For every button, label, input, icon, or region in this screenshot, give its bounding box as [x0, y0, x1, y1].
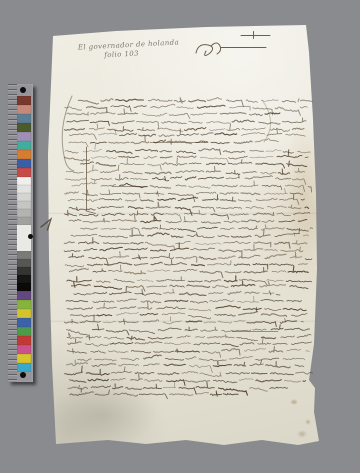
color-chip	[17, 150, 31, 159]
paper-stain	[286, 114, 322, 264]
grayscale-chip	[17, 193, 31, 201]
registration-dot	[20, 372, 26, 378]
color-chip	[17, 309, 31, 318]
grayscale-chip	[17, 267, 31, 275]
color-chip	[17, 327, 31, 336]
color-chip	[17, 114, 31, 123]
color-chip	[17, 141, 31, 150]
color-chip	[17, 291, 31, 300]
color-chip	[17, 96, 31, 105]
ruler-strip	[8, 84, 17, 382]
color-chip	[17, 105, 31, 114]
grayscale-chip	[17, 259, 31, 267]
fold-crease	[46, 320, 323, 323]
color-chip	[17, 336, 31, 345]
color-chip	[17, 363, 31, 372]
color-calibration-target	[8, 84, 33, 382]
manuscript-paper	[46, 24, 323, 449]
color-chip	[17, 168, 31, 177]
grayscale-chip	[17, 275, 31, 283]
registration-dot	[28, 234, 33, 239]
grayscale-chip	[17, 251, 31, 259]
grayscale-chip	[17, 201, 31, 209]
registration-dot	[20, 87, 26, 93]
photo-canvas: El governador de holanda folio 103	[0, 0, 360, 473]
grayscale-chip	[17, 185, 31, 193]
color-chip	[17, 132, 31, 141]
color-chip	[17, 354, 31, 363]
grayscale-chip	[17, 283, 31, 291]
color-chip	[17, 123, 31, 132]
color-chip	[17, 345, 31, 354]
paper-stain	[284, 392, 318, 438]
fold-crease	[46, 212, 323, 215]
color-chip	[17, 159, 31, 168]
color-chip	[17, 300, 31, 309]
grayscale-chip	[17, 177, 31, 185]
color-chip	[17, 318, 31, 327]
grayscale-chip	[17, 217, 31, 225]
grayscale-chip	[17, 209, 31, 217]
paper-stain	[48, 384, 158, 446]
